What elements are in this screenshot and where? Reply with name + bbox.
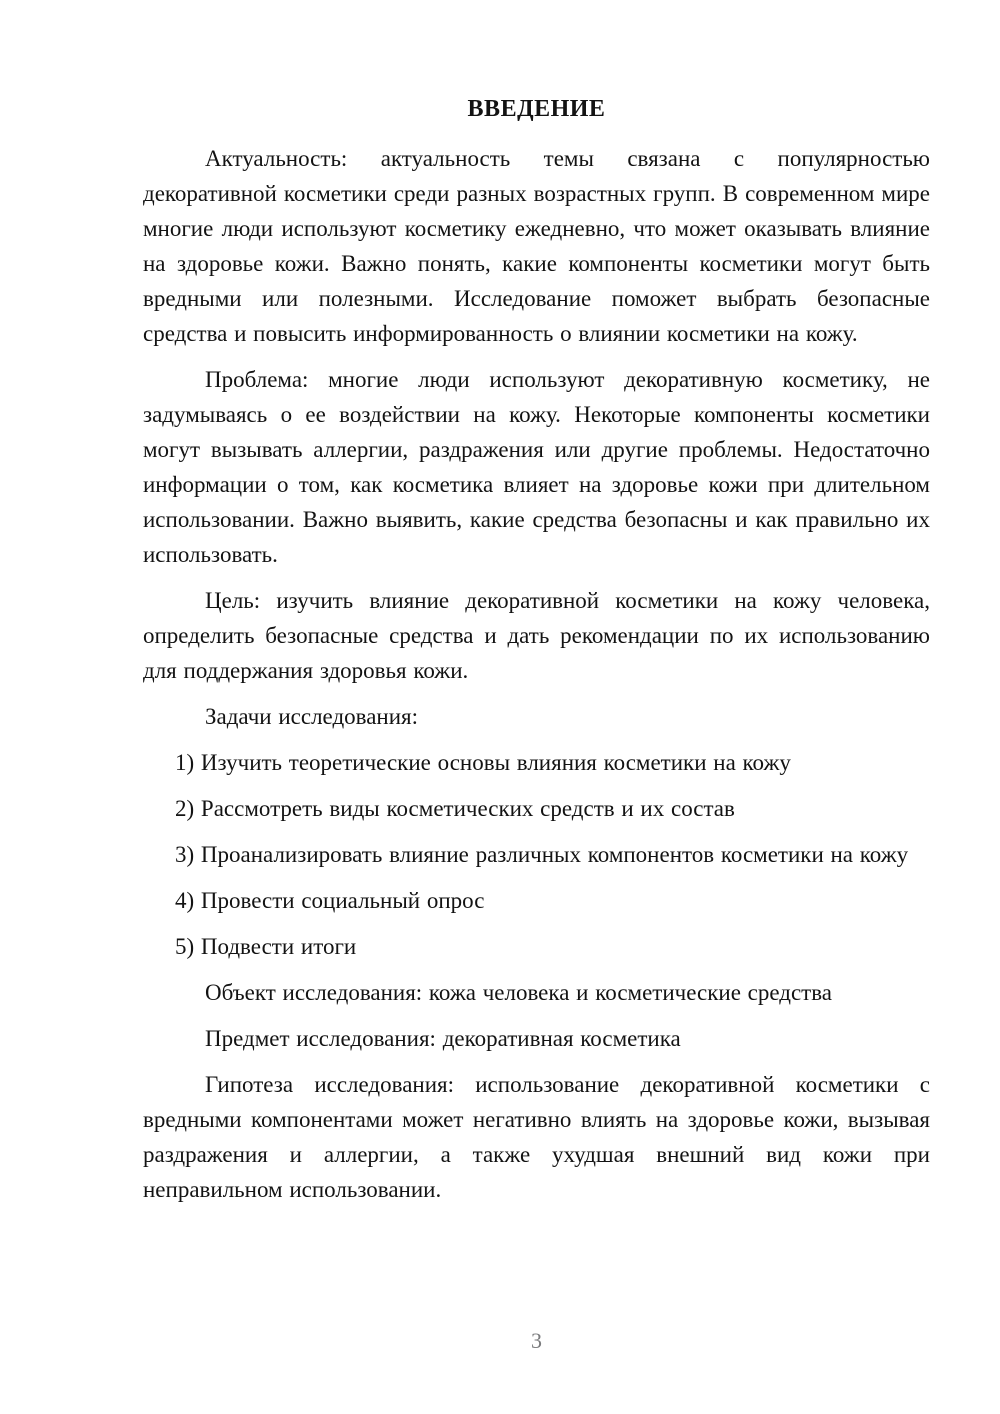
page-footer: 3 xyxy=(143,1326,930,1356)
task-item-5: 5) Подвести итоги xyxy=(143,929,930,964)
paragraph-problem: Проблема: многие люди используют декорат… xyxy=(143,362,930,572)
page-title: ВВЕДЕНИЕ xyxy=(143,92,930,127)
task-item-1: 1) Изучить теоретические основы влияния … xyxy=(143,745,930,780)
paragraph-object: Объект исследования: кожа человека и кос… xyxy=(143,975,930,1010)
document-page: ВВЕДЕНИЕ Актуальность: актуальность темы… xyxy=(0,0,1000,1414)
tasks-heading: Задачи исследования: xyxy=(143,699,930,734)
page-number: 3 xyxy=(531,1328,542,1353)
paragraph-hypothesis: Гипотеза исследования: использование дек… xyxy=(143,1067,930,1207)
paragraph-relevance: Актуальность: актуальность темы связана … xyxy=(143,141,930,351)
task-item-3: 3) Проанализировать влияние различных ко… xyxy=(143,837,930,872)
task-item-4: 4) Провести социальный опрос xyxy=(143,883,930,918)
paragraph-subject: Предмет исследования: декоративная косме… xyxy=(143,1021,930,1056)
task-item-2: 2) Рассмотреть виды косметических средст… xyxy=(143,791,930,826)
paragraph-goal: Цель: изучить влияние декоративной косме… xyxy=(143,583,930,688)
